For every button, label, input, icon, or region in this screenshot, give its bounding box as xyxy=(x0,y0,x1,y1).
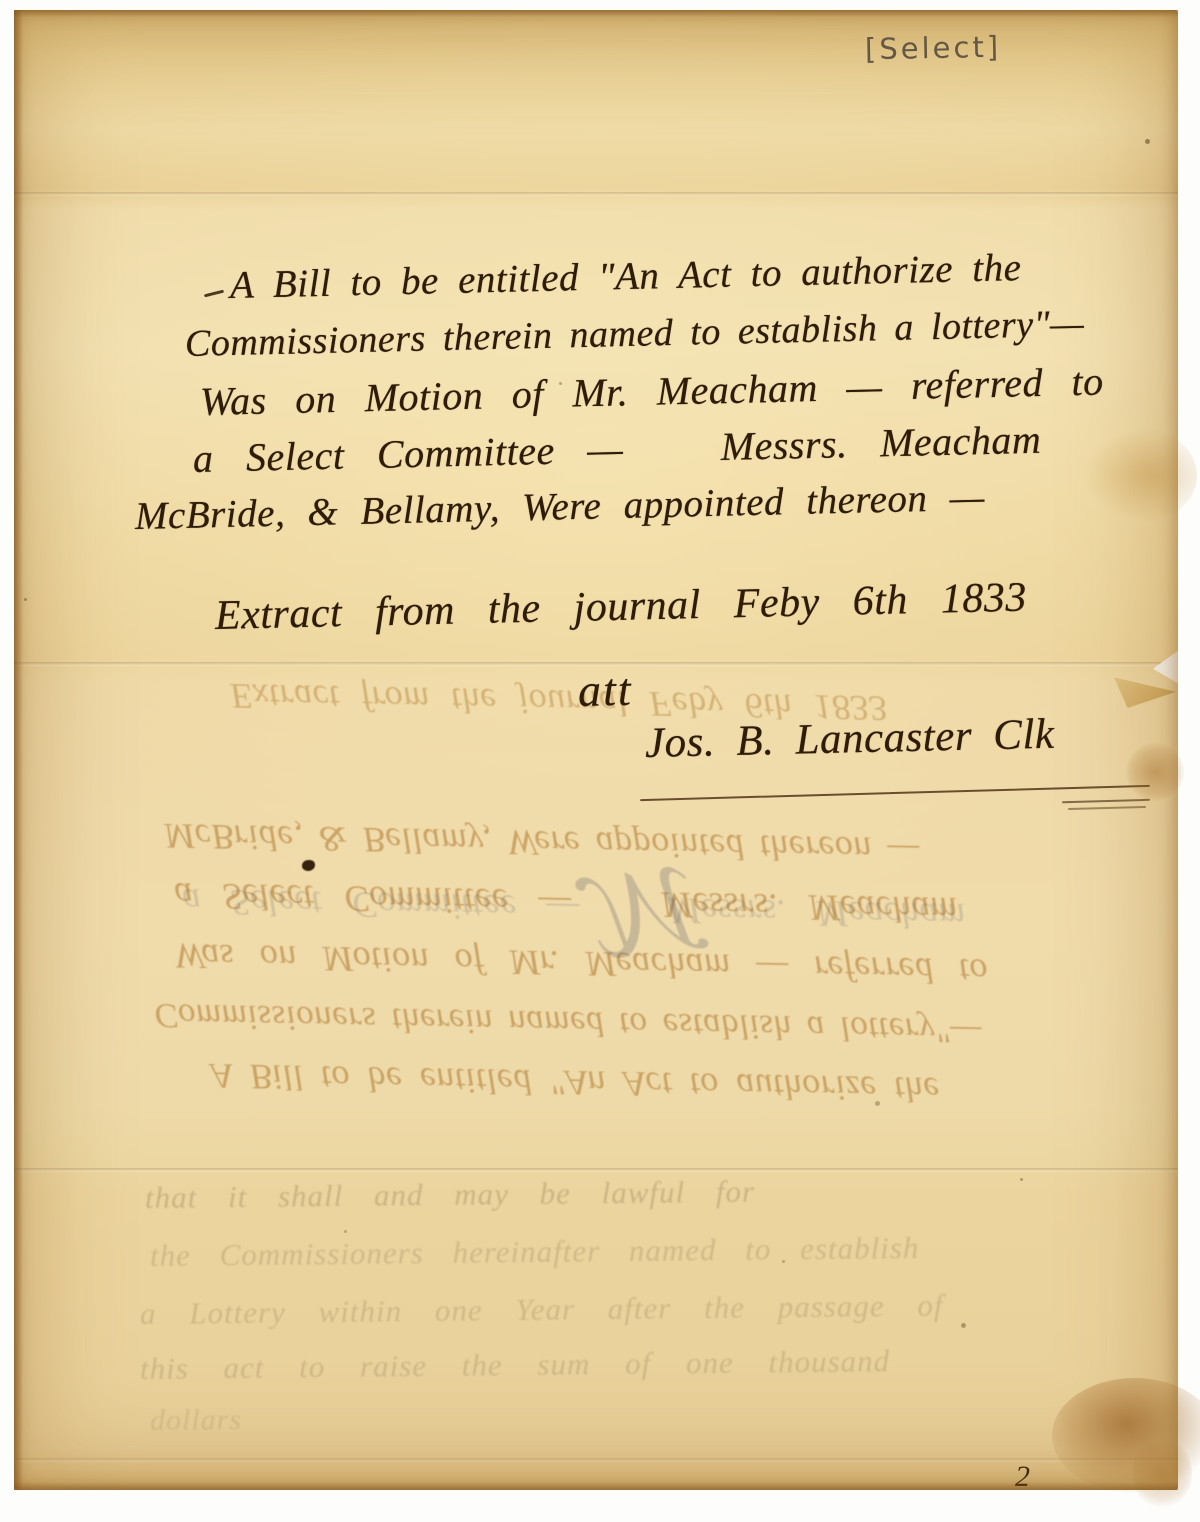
pencil-ghost-initial: ℳ xyxy=(568,850,697,972)
bleedthrough-line-2: Commissioners therein named to establish… xyxy=(154,998,982,1049)
archivist-select-note: [Select] xyxy=(865,30,1002,66)
edge-tear-notch xyxy=(1153,650,1179,684)
stain-right-middle xyxy=(1082,428,1197,523)
faint-line-2: the Commissioners hereinafter named to e… xyxy=(150,1232,920,1271)
faint-line-5: dollars xyxy=(150,1405,242,1436)
bleedthrough-line-1: A Bill to be entitled "An Act to authori… xyxy=(210,1058,940,1108)
clerk-signature: Jos. B. Lancaster Clk xyxy=(645,713,1055,765)
scanned-manuscript-page: Extract from the journal Feby 6th 1833 M… xyxy=(0,0,1200,1522)
manuscript-title-line-1: A Bill to be entitled "An Act to authori… xyxy=(230,248,1022,305)
manuscript-body-line-5: McBride, & Bellamy, Were appointed there… xyxy=(135,478,986,536)
stain-bottom-right xyxy=(1052,1378,1200,1493)
fold-crease-top xyxy=(14,192,1178,196)
paper-edge-top xyxy=(14,10,1178,17)
clerk-abbrev-underline-2 xyxy=(1068,806,1146,810)
manuscript-extract-line: Extract from the journal Feby 6th 1833 xyxy=(215,577,1028,637)
signature-underline xyxy=(640,785,1150,801)
faint-line-1: that it shall and may be lawful for xyxy=(145,1176,755,1213)
clerk-abbrev-underline-1 xyxy=(1062,799,1150,803)
manuscript-body-line-3: Was on Motion of Mr. Meacham — referred … xyxy=(200,361,1105,421)
paper-edge-left xyxy=(14,10,23,1490)
edge-tear-flap xyxy=(1114,672,1176,708)
attestation-mark: att xyxy=(577,667,633,714)
paper-sheet: Extract from the journal Feby 6th 1833 M… xyxy=(14,10,1178,1490)
faint-line-3: a Lottery within one Year after the pass… xyxy=(140,1290,944,1329)
opening-flourish-mark xyxy=(204,290,224,298)
fold-crease-lower xyxy=(14,1168,1178,1172)
ink-blot xyxy=(302,860,315,871)
stain-bottom-right-edge xyxy=(1132,1438,1192,1508)
foxing-speckles xyxy=(14,10,17,13)
page-number: 2 xyxy=(1015,1460,1030,1494)
fold-crease-bottom xyxy=(14,1458,1178,1462)
stain-spot-right xyxy=(1126,743,1184,801)
manuscript-body-line-4: a Select Committee — Messrs. Meacham xyxy=(193,420,1042,479)
faint-line-4: this act to raise the sum of one thousan… xyxy=(140,1345,890,1384)
manuscript-title-line-2: Commissioners therein named to establish… xyxy=(185,305,1085,363)
bleedthrough-line-5: McBride, & Bellamy, Were appointed there… xyxy=(164,818,920,869)
paper-edge-bottom xyxy=(14,1482,1178,1490)
